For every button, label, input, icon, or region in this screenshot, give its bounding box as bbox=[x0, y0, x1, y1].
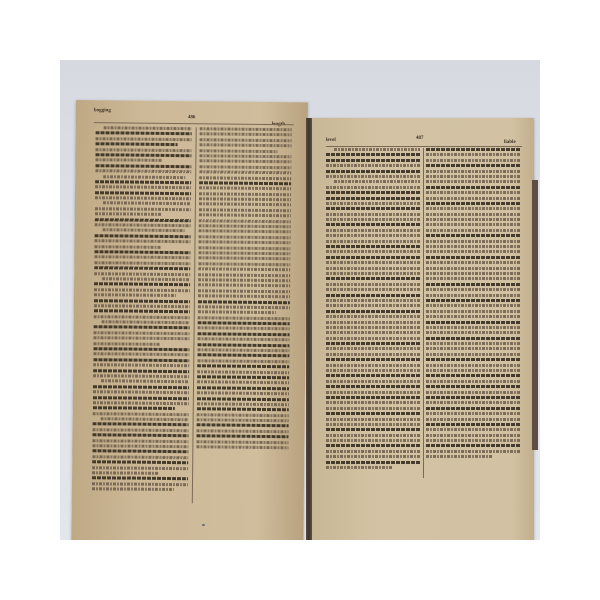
back-cover-edge bbox=[532, 180, 538, 450]
right-page-column-2 bbox=[426, 148, 520, 461]
page-number-left: 486 bbox=[188, 115, 196, 120]
page-number-right: 487 bbox=[416, 136, 424, 141]
dust-speck bbox=[202, 524, 205, 526]
left-page: bogging 486 length bbox=[71, 100, 308, 540]
column-rule bbox=[423, 148, 424, 478]
running-head-left: level bbox=[326, 138, 336, 143]
left-page-column-2 bbox=[196, 127, 291, 451]
running-head-left: bogging bbox=[94, 108, 111, 113]
header-rule bbox=[94, 122, 294, 125]
right-page-column-1 bbox=[326, 148, 420, 471]
photo: bogging 486 length bbox=[60, 60, 540, 540]
left-page-column-1 bbox=[92, 126, 192, 494]
right-page: level 487 liable bbox=[312, 118, 534, 540]
header-rule bbox=[326, 146, 522, 147]
running-head-right: liable bbox=[504, 140, 516, 145]
